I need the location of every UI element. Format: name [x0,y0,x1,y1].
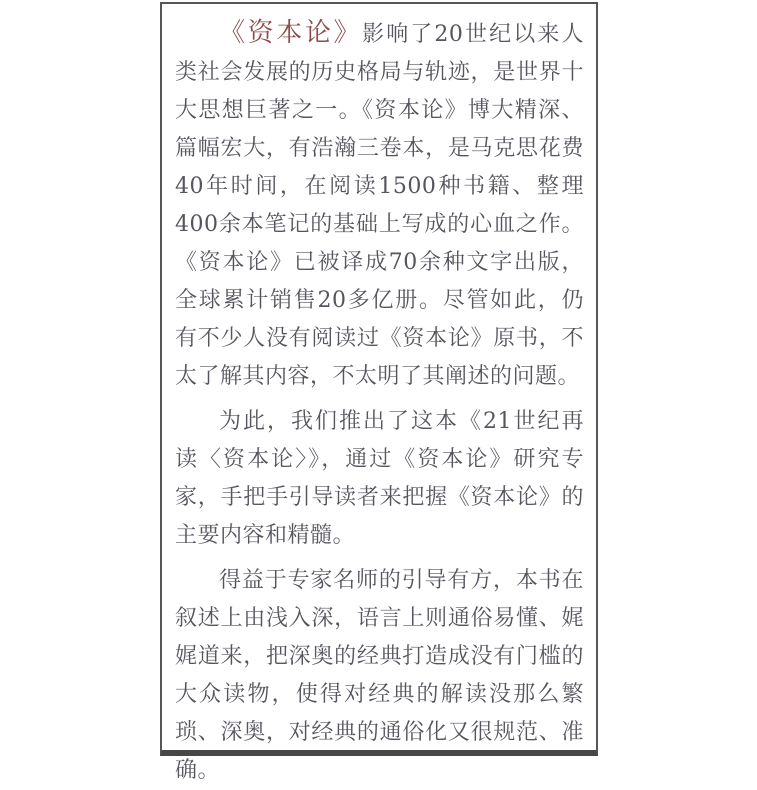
paragraph-book-overview: 《资本论》影响了20世纪以来人类社会发展的历史格局与轨迹，是世界十大思想巨著之一… [175,14,584,396]
book-title: 《资本论》 [219,18,362,48]
paragraph-purpose: 为此，我们推出了这本《21世纪再读〈资本论〉》，通过《资本论》研究专家，手把手引… [175,403,584,555]
book-intro-panel: 《资本论》影响了20世纪以来人类社会发展的历史格局与轨迹，是世界十大思想巨著之一… [160,2,598,756]
paragraph-book-overview-text: 影响了20世纪以来人类社会发展的历史格局与轨迹，是世界十大思想巨著之一。《资本论… [175,22,584,389]
paragraph-benefits: 得益于专家名师的引导有方，本书在叙述上由浅入深，语言上则通俗易懂、娓娓道来，把深… [175,562,584,757]
